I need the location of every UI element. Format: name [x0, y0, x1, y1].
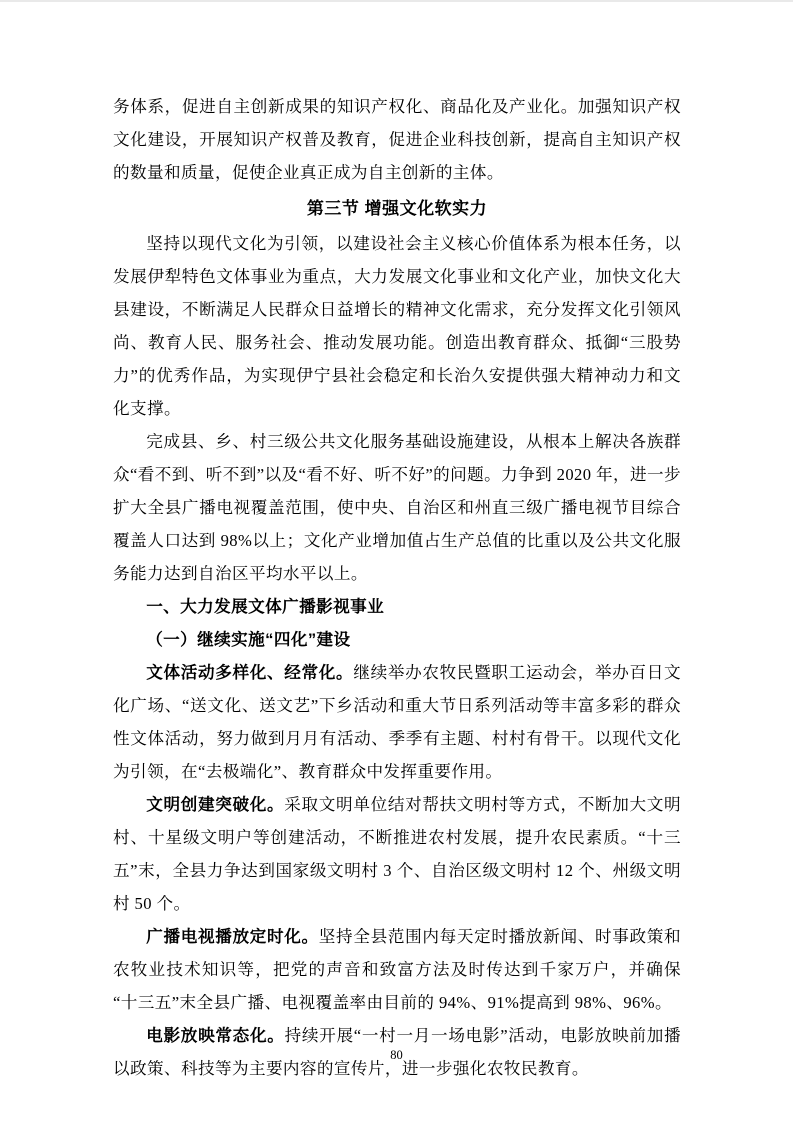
item-lead-label: 文体活动多样化、经常化。 [146, 663, 353, 682]
section-heading: 第三节 增强文化软实力 [113, 192, 681, 225]
body-paragraph: 坚持以现代文化为引领，以建设社会主义核心价值体系为根本任务，以发展伊犁特色文体事… [113, 227, 681, 425]
item-paragraph: 广播电视播放定时化。坚持全县范围内每天定时播放新闻、时事政策和农牧业技术知识等，… [113, 920, 681, 1019]
page-number: 80 [390, 1048, 403, 1062]
subsection-heading-level2: （一）继续实施“四化”建设 [113, 623, 681, 656]
item-paragraph: 文明创建突破化。采取文明单位结对帮扶文明村等方式，不断加大文明村、十星级文明户等… [113, 788, 681, 920]
item-lead-label: 电影放映常态化。 [146, 1026, 284, 1045]
paragraph-continuation: 务体系，促进自主创新成果的知识产权化、商品化及产业化。加强知识产权文化建设，开展… [113, 90, 681, 189]
item-lead-label: 广播电视播放定时化。 [146, 927, 319, 946]
document-content: 务体系，促进自主创新成果的知识产权化、商品化及产业化。加强知识产权文化建设，开展… [113, 90, 681, 1085]
subsection-heading-level1: 一、大力发展文体广播影视事业 [113, 590, 681, 623]
item-lead-label: 文明创建突破化。 [146, 795, 284, 814]
document-page: 务体系，促进自主创新成果的知识产权化、商品化及产业化。加强知识产权文化建设，开展… [0, 0, 793, 1122]
item-paragraph: 文体活动多样化、经常化。继续举办农牧民暨职工运动会，举办百日文化广场、“送文化、… [113, 656, 681, 788]
body-paragraph: 完成县、乡、村三级公共文化服务基础设施建设，从根本上解决各族群众“看不到、听不到… [113, 425, 681, 590]
page-footer: 80 [0, 1046, 793, 1064]
